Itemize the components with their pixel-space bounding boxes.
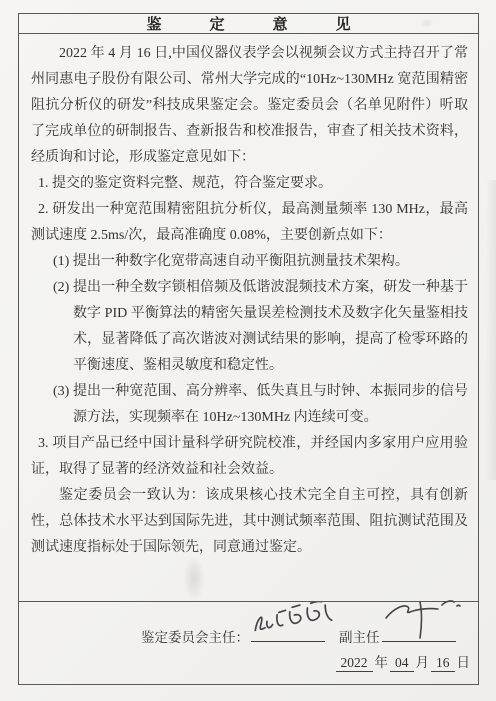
vice-chairman-handwritten-signature (380, 596, 466, 642)
date-year-unit: 年 (373, 655, 391, 670)
list-item-2: 2. 研发出一种宽范围精密阻抗分析仪，最高测量频率 130 MHz，最高测试速度… (31, 197, 468, 249)
page-title: 鉴定意见 (146, 13, 398, 34)
title-band: 鉴定意见 (19, 14, 478, 34)
paragraph-conclusion: 鉴定委员会一致认为：该成果核心技术完全自主可控，具有创新性，总体技术水平达到国际… (31, 483, 468, 561)
document-body: 2022 年 4 月 16 日,中国仪器仪表学会以视频会议方式主持召开了常州同惠… (19, 34, 478, 605)
chairman-signature-line (251, 627, 325, 642)
date-line: 2022年04月16日 (336, 651, 473, 672)
vice-chairman-label: 副主任 (339, 630, 380, 645)
list-item-1: 1. 提交的鉴定资料完整、规范，符合鉴定要求。 (31, 171, 468, 197)
paragraph-intro: 2022 年 4 月 16 日,中国仪器仪表学会以视频会议方式主持召开了常州同惠… (31, 41, 468, 171)
vice-signature-line (382, 627, 456, 642)
sub-item-2: (2) 提出一种全数字锁相倍频及低谐波混频技术方案，研发一种基于数字 PID 平… (31, 275, 468, 379)
scan-edge-shadow (486, 180, 496, 480)
sub-item-1: (1) 提出一种数字化宽带高速自动平衡阻抗测量技术架构。 (31, 249, 468, 275)
chairman-label: 鉴定委员会主任： (141, 630, 249, 645)
document-border-frame: 鉴定意见 2022 年 4 月 16 日,中国仪器仪表学会以视频会议方式主持召开… (18, 13, 479, 685)
date-month-unit: 月 (414, 655, 432, 670)
scanned-document-page: 鉴定意见 2022 年 4 月 16 日,中国仪器仪表学会以视频会议方式主持召开… (0, 0, 496, 701)
chairman-handwritten-signature (247, 602, 343, 636)
signature-section: 鉴定委员会主任： 副主任 (19, 601, 478, 684)
list-item-3: 3. 项目产品已经中国计量科学研究院校准，并经国内多家用户应用验证，取得了显著的… (31, 431, 468, 483)
date-day: 16 (431, 655, 455, 672)
sub-item-3: (3) 提出一种宽范围、高分辨率、低失真且与时钟、本振同步的信号源方法，实现频率… (31, 379, 468, 431)
date-month: 04 (390, 655, 414, 672)
date-year: 2022 (336, 655, 373, 672)
date-day-unit: 日 (455, 655, 473, 670)
signature-row: 鉴定委员会主任： 副主任 (141, 626, 458, 646)
